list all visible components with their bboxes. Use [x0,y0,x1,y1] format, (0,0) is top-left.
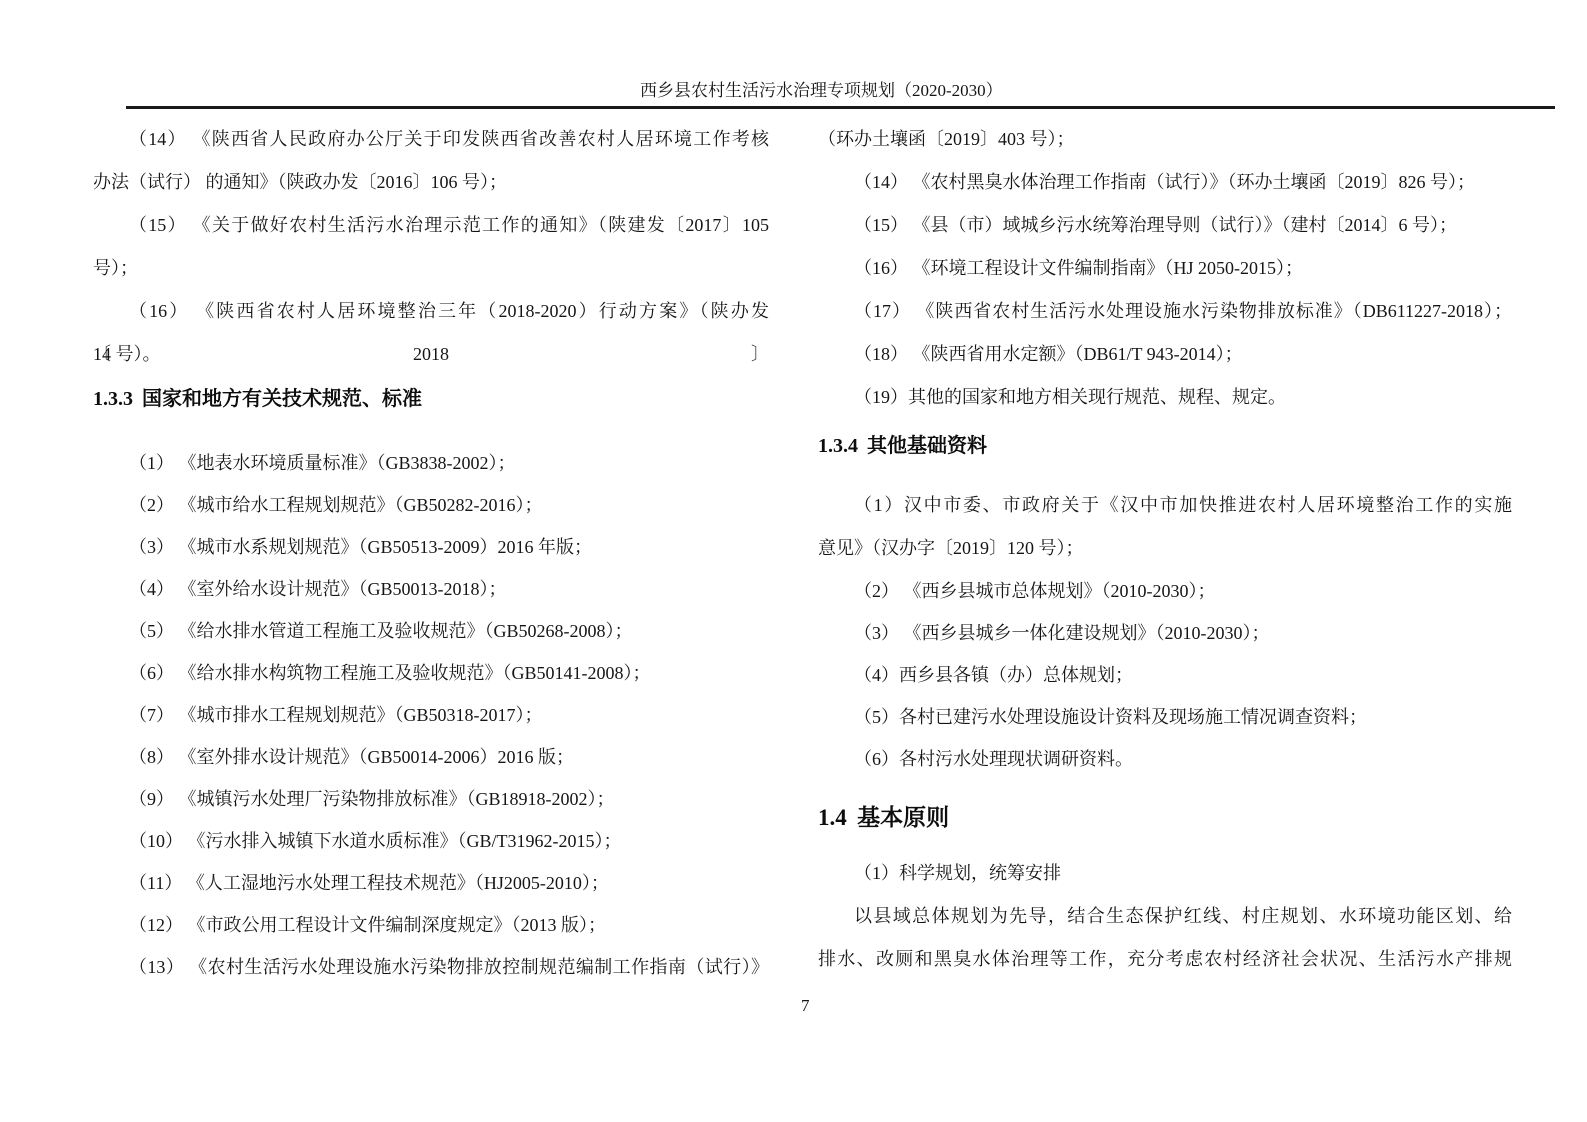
heading-number: 1.3.4 [818,435,858,457]
heading-number: 1.3.3 [93,388,133,410]
text-line: （5） 《给水排水管道工程施工及验收规范》（GB50268-2008）； [93,610,769,652]
page-header-title: 西乡县农村生活污水治理专项规划（2020-2030） [640,81,1003,101]
text-line: （7） 《城市排水工程规划规范》（GB50318-2017）； [93,694,769,736]
text-line: （15） 《关于做好农村生活污水治理示范工作的通知》（陕建发〔2017〕105 [93,204,769,247]
text-line: （1）科学规划，统筹安排 [818,852,1512,895]
header-rule [126,106,1555,109]
paragraph-basis-1: （1）汉中市委、市政府关于《汉中市加快推进农村人居环境整治工作的实施意见》（汉办… [818,484,1512,570]
text-line: （2） 《西乡县城市总体规划》（2010-2030）； [818,570,1512,612]
heading-text: 基本原则 [857,804,949,830]
text-line: （16） 《陕西省农村人居环境整治三年（2018-2020）行动方案》（陕办发〔… [93,290,769,333]
document-page: 西乡县农村生活污水治理专项规划（2020-2030） （14） 《陕西省人民政府… [0,0,1587,1122]
paragraph-14: （14） 《陕西省人民政府办公厅关于印发陕西省改善农村人居环境工作考核办法（试行… [93,118,769,204]
paragraph-15: （15） 《关于做好农村生活污水治理示范工作的通知》（陕建发〔2017〕105号… [93,204,769,290]
text-line: （14） 《陕西省人民政府办公厅关于印发陕西省改善农村人居环境工作考核 [93,118,769,161]
text-line: （11） 《人工湿地污水处理工程技术规范》（HJ2005-2010）； [93,862,769,904]
standards-list-continued: （环办土壤函〔2019〕403 号）；（14） 《农村黑臭水体治理工作指南（试行… [818,118,1512,419]
principles-paragraph: （1）科学规划，统筹安排以县域总体规划为先导，结合生态保护红线、村庄规划、水环境… [818,852,1512,981]
text-line: （10） 《污水排入城镇下水道水质标准》（GB/T31962-2015）； [93,820,769,862]
text-line: （12） 《市政公用工程设计文件编制深度规定》（2013 版）； [93,904,769,946]
text-line: （3） 《西乡县城乡一体化建设规划》（2010-2030）； [818,612,1512,654]
text-line: （17） 《陕西省农村生活污水处理设施水污染物排放标准》（DB611227-20… [818,290,1512,333]
heading-text: 国家和地方有关技术规范、标准 [142,388,422,410]
text-line: （1）汉中市委、市政府关于《汉中市加快推进农村人居环境整治工作的实施 [818,484,1512,527]
text-line: （8） 《室外排水设计规范》（GB50014-2006）2016 版； [93,736,769,778]
text-line: （5）各村已建污水处理设施设计资料及现场施工情况调查资料； [818,696,1512,738]
heading-1-3-3: 1.3.3国家和地方有关技术规范、标准 [93,378,769,421]
text-line: 意见》（汉办字〔2019〕120 号）； [818,527,1512,570]
paragraph-16: （16） 《陕西省农村人居环境整治三年（2018-2020）行动方案》（陕办发〔… [93,290,769,376]
right-column: （环办土壤函〔2019〕403 号）；（14） 《农村黑臭水体治理工作指南（试行… [818,118,1512,981]
text-line: （6）各村污水处理现状调研资料。 [818,738,1512,780]
text-line: （1） 《地表水环境质量标准》（GB3838-2002）； [93,442,769,484]
heading-number: 1.4 [818,805,847,830]
text-line: （14） 《农村黑臭水体治理工作指南（试行）》（环办土壤函〔2019〕826 号… [818,161,1512,204]
text-line: （13） 《农村生活污水处理设施水污染物排放控制规范编制工作指南（试行）》 [93,946,769,988]
left-column: （14） 《陕西省人民政府办公厅关于印发陕西省改善农村人居环境工作考核办法（试行… [93,118,769,988]
text-line: 以县域总体规划为先导，结合生态保护红线、村庄规划、水环境功能区划、给 [818,895,1512,938]
basis-items: （2） 《西乡县城市总体规划》（2010-2030）；（3） 《西乡县城乡一体化… [818,570,1512,780]
text-line: （4）西乡县各镇（办）总体规划； [818,654,1512,696]
standards-list: （1） 《地表水环境质量标准》（GB3838-2002）；（2） 《城市给水工程… [93,442,769,988]
text-line: （3） 《城市水系规划规范》（GB50513-2009）2016 年版； [93,526,769,568]
text-line: （9） 《城镇污水处理厂污染物排放标准》（GB18918-2002）； [93,778,769,820]
text-line: 排水、改厕和黑臭水体治理等工作，充分考虑农村经济社会状况、生活污水产排规 [818,938,1512,981]
heading-1-3-4: 1.3.4其他基础资料 [818,425,1512,468]
text-line: （2） 《城市给水工程规划规范》（GB50282-2016）； [93,484,769,526]
text-line: （6） 《给水排水构筑物工程施工及验收规范》（GB50141-2008）； [93,652,769,694]
page-number: 7 [801,996,810,1016]
text-line: 办法（试行） 的通知》（陕政办发〔2016〕106 号）； [93,161,769,204]
text-line: （4） 《室外给水设计规范》（GB50013-2018）； [93,568,769,610]
text-line: （18） 《陕西省用水定额》（DB61/T 943-2014）； [818,333,1512,376]
text-line: （19）其他的国家和地方相关现行规范、规程、规定。 [818,376,1512,419]
text-line: （环办土壤函〔2019〕403 号）； [818,118,1512,161]
text-line: （15） 《县（市）域城乡污水统筹治理导则（试行）》（建村〔2014〕6 号）； [818,204,1512,247]
heading-text: 其他基础资料 [867,435,987,457]
text-line: 号）； [93,247,769,290]
heading-1-4: 1.4基本原则 [818,793,1512,841]
text-line: （16） 《环境工程设计文件编制指南》（HJ 2050-2015）； [818,247,1512,290]
